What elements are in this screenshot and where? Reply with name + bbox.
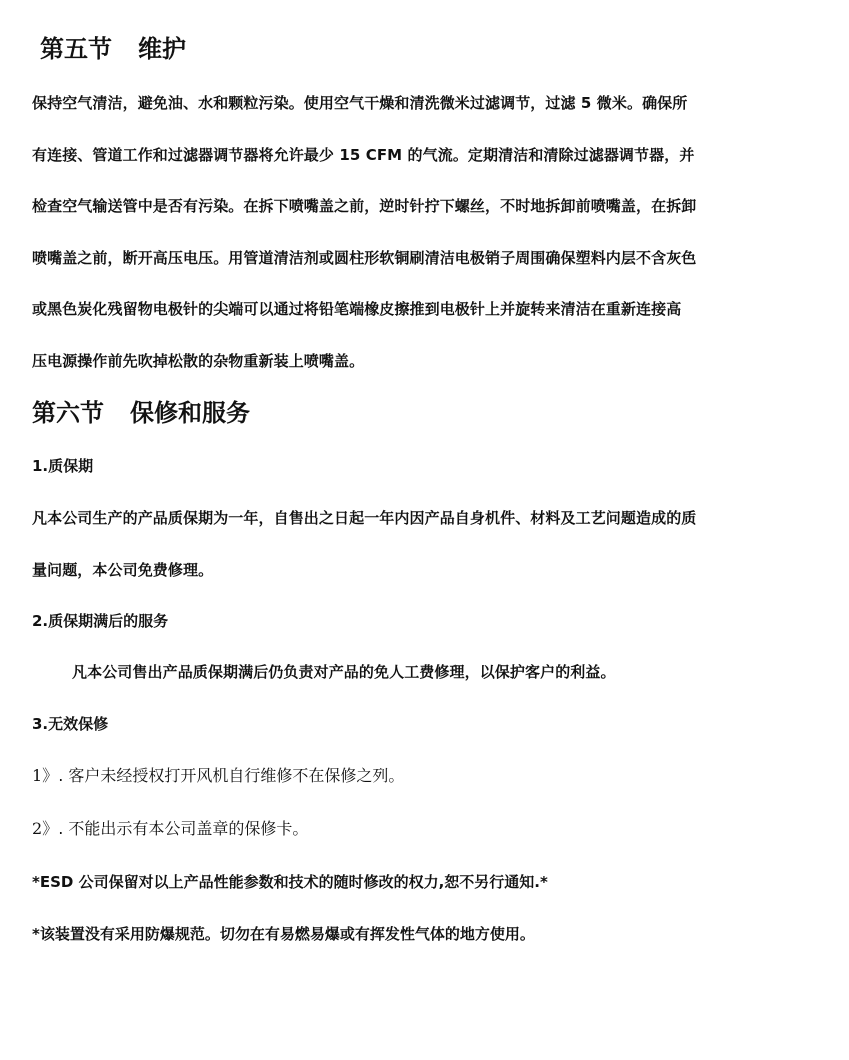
item-text: . 客户未经授权打开风机自行维修不在保修之列。 — [58, 766, 404, 785]
invalid-item: 2》. 不能出示有本公司盖章的保修卡。 — [32, 818, 308, 840]
section-5-number: 第五节 — [40, 35, 112, 63]
safety-note: *该装置没有采用防爆规范。切勿在有易燃易爆或有挥发性气体的地方使用。 — [32, 924, 535, 944]
paragraph-line: 检查空气输送管中是否有污染。在拆下喷嘴盖之前，逆时针拧下螺丝，不时地拆卸前喷嘴盖… — [32, 196, 696, 216]
after-warranty-text: 凡本公司售出产品质保期满后仍负责对产品的免人工费修理，以保护客户的利益。 — [72, 662, 616, 682]
paragraph-line: 压电源操作前先吹掉松散的杂物重新装上喷嘴盖。 — [32, 351, 364, 371]
after-warranty-heading: 2.质保期满后的服务 — [32, 611, 168, 631]
section-6-title: 第六节保修和服务 — [32, 398, 250, 428]
warranty-line: 凡本公司生产的产品质保期为一年，自售出之日起一年内因产品自身机件、材料及工艺问题… — [32, 508, 696, 528]
warranty-line: 量问题，本公司免费修理。 — [32, 560, 213, 580]
invalid-warranty-heading: 3.无效保修 — [32, 714, 108, 734]
section-6-name: 保修和服务 — [130, 399, 250, 427]
section-5-name: 维护 — [138, 35, 186, 63]
item-text: . 不能出示有本公司盖章的保修卡。 — [58, 819, 308, 838]
paragraph-line: 或黑色炭化残留物电极针的尖端可以通过将铅笔端橡皮擦推到电极针上并旋转来清洁在重新… — [32, 299, 681, 319]
paragraph-line: 喷嘴盖之前，断开高压电压。用管道清洁剂或圆柱形软铜刷清洁电极销子周围确保塑料内层… — [32, 248, 696, 268]
disclaimer-note: *ESD 公司保留对以上产品性能参数和技术的随时修改的权力,恕不另行通知.* — [32, 872, 548, 892]
item-number: 2》 — [32, 819, 58, 838]
section-6-number: 第六节 — [32, 399, 104, 427]
section-5-title: 第五节维护 — [40, 34, 186, 64]
warranty-heading: 1.质保期 — [32, 456, 93, 476]
invalid-item: 1》. 客户未经授权打开风机自行维修不在保修之列。 — [32, 765, 404, 787]
paragraph-line: 保持空气清洁，避免油、水和颗粒污染。使用空气干燥和清洗微米过滤调节，过滤 5 微… — [32, 93, 687, 113]
paragraph-line: 有连接、管道工作和过滤器调节器将允许最少 15 CFM 的气流。定期清洁和清除过… — [32, 145, 694, 165]
item-number: 1》 — [32, 766, 58, 785]
